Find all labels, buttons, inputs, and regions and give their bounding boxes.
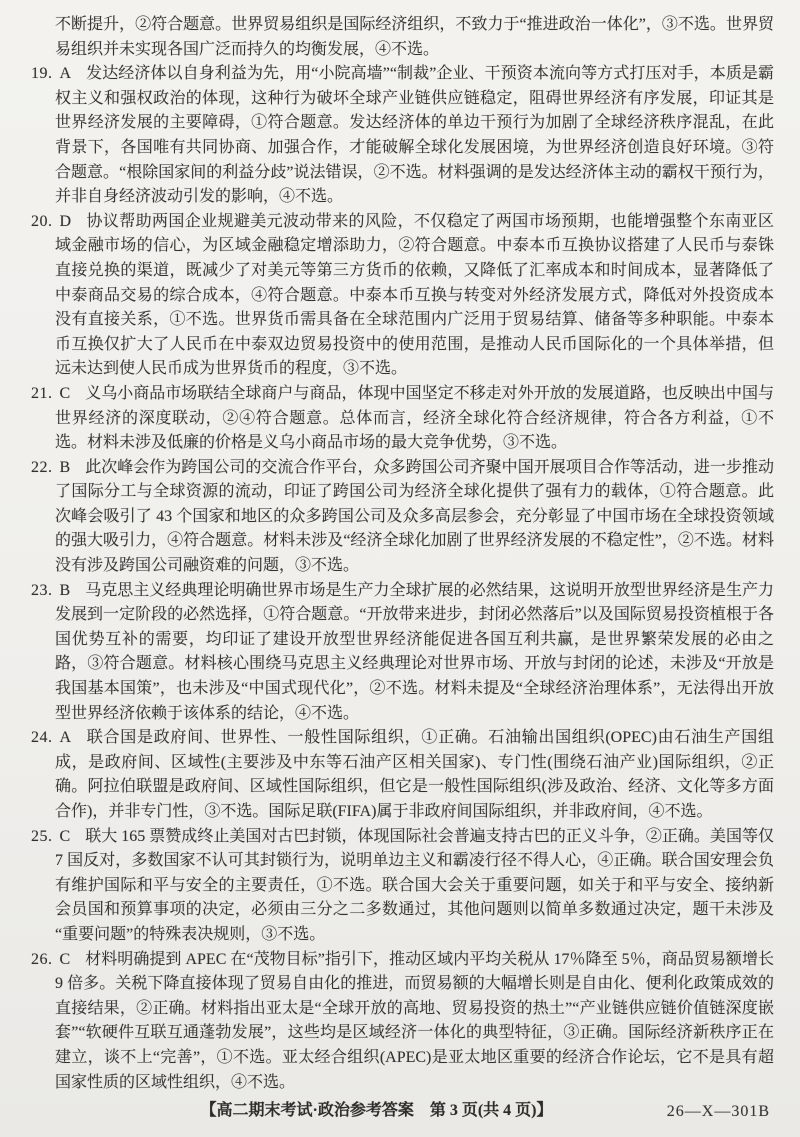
answer-explanation: 材料明确提到 APEC 在“茂物目标”指引下，推动区域内平均关税从 17％降至 … (55, 951, 774, 1091)
answer-item-23: 23.B马克思主义经典理论明确世界市场是生产力全球扩展的必然结果，这说明开放型世… (31, 579, 774, 727)
answer-explanation: 马克思主义经典理论明确世界市场是生产力全球扩展的必然结果，这说明开放型世界经济是… (55, 582, 774, 722)
page-code: 26—X—301B (667, 1100, 770, 1125)
answer-explanation: 发达经济体以自身利益为先，用“小院高墙”“制裁”企业、干预资本流向等方式打压对手… (55, 65, 774, 205)
answer-choice: C (60, 828, 71, 845)
answer-choice: A (60, 65, 72, 82)
answer-choice: D (60, 213, 72, 230)
answer-item-25: 25.C联大 165 票赞成终止美国对古巴封锁，体现国际社会普遍支持古巴的正义斗… (31, 825, 774, 948)
footer-title: 【高二期末考试·政治参考答案 第 3 页(共 4 页)】 (200, 1099, 552, 1124)
answer-explanation: 协议帮助两国企业规避美元波动带来的风险，不仅稳定了两国市场预期，也能增强整个东南… (55, 213, 774, 378)
answer-choice: B (60, 582, 71, 599)
answer-choice: C (60, 385, 71, 402)
page-footer: 【高二期末考试·政治参考答案 第 3 页(共 4 页)】 26—X—301B (31, 1099, 774, 1125)
answer-explanation: 联合国是政府间、世界性、一般性国际组织，①正确。石油输出国组织(OPEC)由石油… (55, 729, 774, 820)
answer-number: 25. (31, 828, 53, 845)
answer-item-19: 19.A发达经济体以自身利益为先，用“小院高墙”“制裁”企业、干预资本流向等方式… (31, 62, 774, 210)
answer-item-20: 20.D协议帮助两国企业规避美元波动带来的风险，不仅稳定了两国市场预期，也能增强… (31, 210, 774, 382)
answer-number: 22. (31, 459, 53, 476)
answer-number: 19. (31, 65, 53, 82)
answer-choice: B (60, 459, 71, 476)
answer-item-22: 22.B此次峰会作为跨国公司的交流合作平台，众多跨国公司齐聚中国开展项目合作等活… (31, 456, 774, 579)
answer-number: 20. (31, 213, 53, 230)
answer-choice: C (60, 951, 71, 968)
answer-sheet-page: 不断提升，②符合题意。世界贸易组织是国际经济组织，不致力于“推进政治一体化”，③… (0, 0, 800, 1137)
answer-number: 23. (31, 582, 53, 599)
answer-item-21: 21.C义乌小商品市场联结全球商户与商品，体现中国坚定不移走对外开放的发展道路，… (31, 382, 774, 456)
answer-number: 24. (31, 729, 53, 746)
continued-explanation-item18: 不断提升，②符合题意。世界贸易组织是国际经济组织，不致力于“推进政治一体化”，③… (31, 13, 774, 62)
answer-explanation: 义乌小商品市场联结全球商户与商品，体现中国坚定不移走对外开放的发展道路，也反映出… (55, 385, 774, 451)
answer-item-26: 26.C材料明确提到 APEC 在“茂物目标”指引下，推动区域内平均关税从 17… (31, 948, 774, 1096)
answer-explanation: 此次峰会作为跨国公司的交流合作平台，众多跨国公司齐聚中国开展项目合作等活动，进一… (55, 459, 774, 574)
answer-number: 21. (31, 385, 53, 402)
answer-item-24: 24.A联合国是政府间、世界性、一般性国际组织，①正确。石油输出国组织(OPEC… (31, 726, 774, 824)
answer-number: 26. (31, 951, 53, 968)
answer-explanation: 联大 165 票赞成终止美国对古巴封锁，体现国际社会普遍支持古巴的正义斗争，②正… (55, 828, 774, 943)
answer-choice: A (60, 729, 72, 746)
